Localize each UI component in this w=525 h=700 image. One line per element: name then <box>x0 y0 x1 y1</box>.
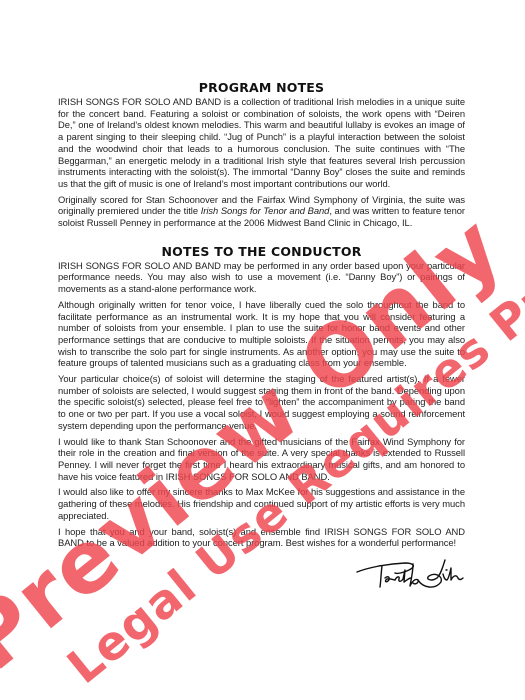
notes-to-conductor-heading: NOTES TO THE CONDUCTOR <box>58 244 465 259</box>
original-title-italic: Irish Songs for Tenor and Band <box>201 205 330 216</box>
conductor-paragraph-4: I would like to thank Stan Schoonover an… <box>58 436 465 483</box>
conductor-paragraph-1: IRISH SONGS FOR SOLO AND BAND may be per… <box>58 260 465 295</box>
page-content: PROGRAM NOTES IRISH SONGS FOR SOLO AND B… <box>58 80 465 553</box>
conductor-paragraph-3: Your particular choice(s) of soloist wil… <box>58 373 465 432</box>
conductor-paragraph-6: I hope that you and your band, soloist(s… <box>58 526 465 549</box>
program-notes-paragraph-2: Originally scored for Stan Schoonover an… <box>58 194 465 229</box>
conductor-paragraph-2: Although originally written for tenor vo… <box>58 299 465 369</box>
conductor-paragraph-5: I would also like to offer my sincere th… <box>58 486 465 521</box>
program-notes-paragraph-1: IRISH SONGS FOR SOLO AND BAND is a colle… <box>58 96 465 190</box>
program-notes-heading: PROGRAM NOTES <box>58 80 465 95</box>
signature-image: Robert W. Smith <box>355 558 470 598</box>
document-page: PROGRAM NOTES IRISH SONGS FOR SOLO AND B… <box>0 0 525 700</box>
